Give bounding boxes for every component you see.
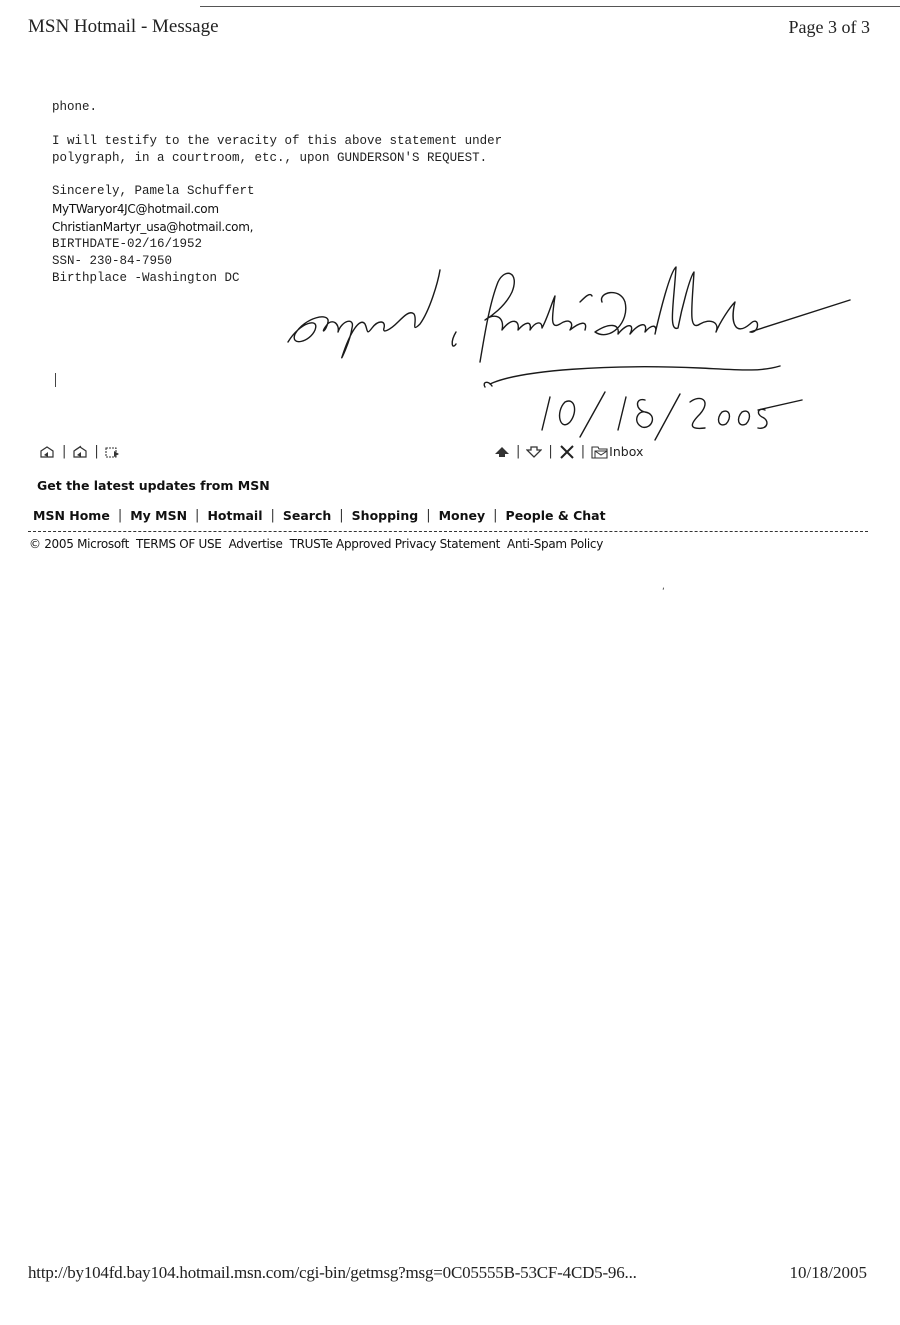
footer-link-terms[interactable]: TERMS OF USE bbox=[136, 537, 222, 551]
copyright: © 2005 Microsoft bbox=[29, 537, 129, 551]
inbox-link[interactable]: Inbox bbox=[591, 444, 643, 459]
nav-link-msn-home[interactable]: MSN Home bbox=[33, 508, 110, 523]
email-2[interactable]: ChristianMartyr_usa@hotmail.com, bbox=[52, 220, 253, 234]
page-title: MSN Hotmail - Message bbox=[28, 16, 219, 38]
print-url: http://by104fd.bay104.hotmail.msn.com/cg… bbox=[28, 1263, 637, 1283]
msn-nav: MSN Home | My MSN | Hotmail | Search | S… bbox=[33, 508, 606, 523]
birthdate: BIRTHDATE-02/16/1952 bbox=[52, 237, 202, 251]
separator: | bbox=[118, 508, 122, 523]
ssn: SSN- 230-84-7950 bbox=[52, 254, 172, 268]
closing: Sincerely, Pamela Schuffert bbox=[52, 184, 255, 198]
separator: | bbox=[339, 508, 343, 523]
nav-link-hotmail[interactable]: Hotmail bbox=[207, 508, 262, 523]
scan-artifact: ‘ bbox=[662, 587, 665, 597]
footer-links: © 2005 Microsoft TERMS OF USE Advertise … bbox=[29, 537, 603, 551]
footer-link-privacy[interactable]: TRUSTe Approved Privacy Statement bbox=[290, 537, 500, 551]
footer-link-advertise[interactable]: Advertise bbox=[229, 537, 283, 551]
nav-link-shopping[interactable]: Shopping bbox=[352, 508, 419, 523]
separator: | bbox=[62, 444, 66, 459]
nav-link-search[interactable]: Search bbox=[283, 508, 331, 523]
page-indicator: Page 3 of 3 bbox=[789, 17, 870, 38]
nav-link-my-msn[interactable]: My MSN bbox=[130, 508, 187, 523]
message-nav-bar: | | | Inbox bbox=[494, 444, 643, 459]
separator: | bbox=[516, 444, 520, 459]
top-rule bbox=[200, 6, 900, 7]
email-1[interactable]: MyTWaryor4JC@hotmail.com bbox=[52, 202, 219, 216]
forward-icon[interactable] bbox=[105, 445, 121, 459]
delete-icon[interactable] bbox=[559, 445, 575, 459]
nav-link-people-chat[interactable]: People & Chat bbox=[506, 508, 606, 523]
inbox-icon bbox=[591, 445, 607, 459]
message-action-bar: | | bbox=[40, 444, 121, 459]
body-line: polygraph, in a courtroom, etc., upon GU… bbox=[52, 151, 487, 165]
previous-message-icon[interactable] bbox=[494, 445, 510, 459]
inbox-label: Inbox bbox=[609, 444, 643, 459]
text-cursor bbox=[55, 373, 56, 387]
body-line: I will testify to the veracity of this a… bbox=[52, 134, 502, 148]
nav-link-money[interactable]: Money bbox=[439, 508, 486, 523]
print-date: 10/18/2005 bbox=[790, 1263, 867, 1283]
msn-updates-promo: Get the latest updates from MSN bbox=[37, 478, 270, 493]
separator: | bbox=[548, 444, 552, 459]
handwritten-signature bbox=[280, 262, 870, 462]
footer-link-anti-spam[interactable]: Anti-Spam Policy bbox=[507, 537, 603, 551]
separator: | bbox=[426, 508, 430, 523]
separator: | bbox=[493, 508, 497, 523]
birthplace: Birthplace -Washington DC bbox=[52, 271, 240, 285]
next-message-icon[interactable] bbox=[526, 445, 542, 459]
separator: | bbox=[94, 444, 98, 459]
divider bbox=[28, 531, 868, 532]
reply-all-icon[interactable] bbox=[72, 445, 88, 459]
reply-icon[interactable] bbox=[40, 445, 56, 459]
body-line: phone. bbox=[52, 100, 97, 114]
separator: | bbox=[271, 508, 275, 523]
separator: | bbox=[581, 444, 585, 459]
separator: | bbox=[195, 508, 199, 523]
